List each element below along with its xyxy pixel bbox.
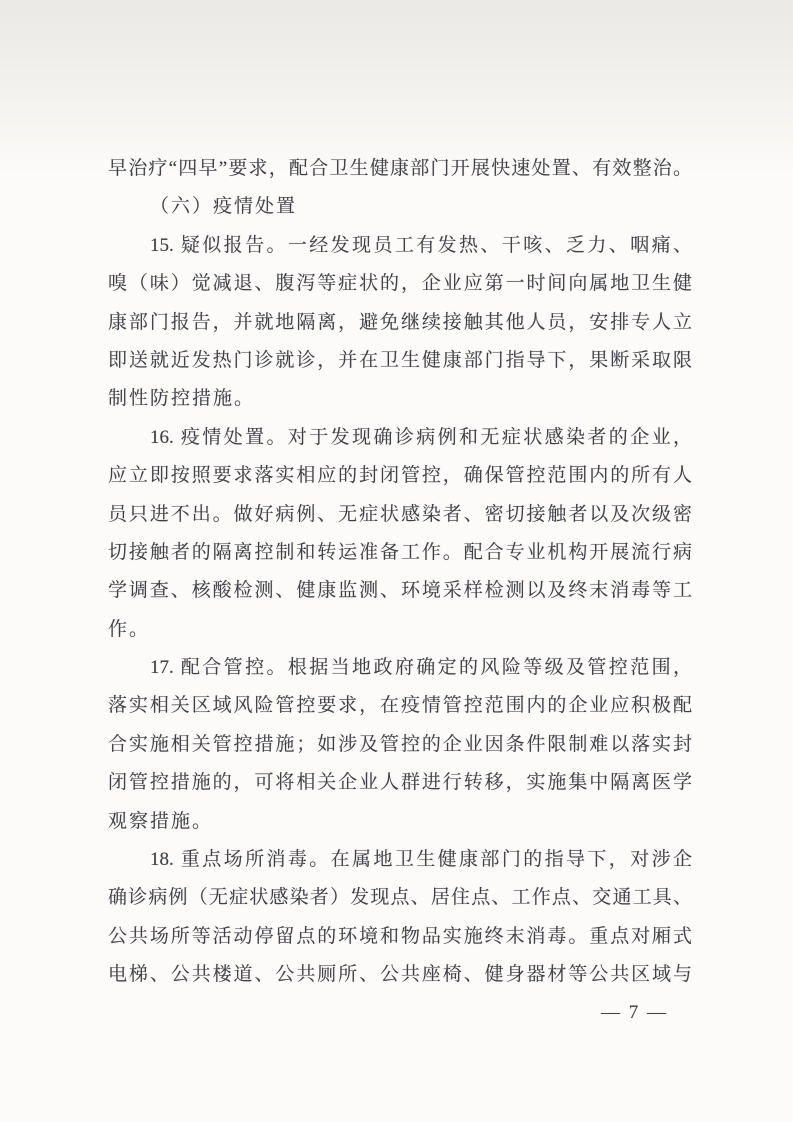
text-line: 制性防控措施。 [108, 380, 692, 418]
text-line-item-18-start: 18. 重点场所消毒。在属地卫生健康部门的指导下，对涉企 [108, 841, 692, 879]
text-line: 电梯、公共楼道、公共厕所、公共座椅、健身器材等公共区域与 [108, 956, 692, 994]
text-line-item-15-start: 15. 疑似报告。一经发现员工有发热、干咳、乏力、咽痛、 [108, 227, 692, 265]
text-line: 切接触者的隔离控制和转运准备工作。配合专业机构开展流行病 [108, 534, 692, 572]
text-line: 应立即按照要求落实相应的封闭管控，确保管控范围内的所有人 [108, 457, 692, 495]
document-body: 早治疗“四早”要求，配合卫生健康部门开展快速处置、有效整治。 （六）疫情处置 1… [108, 150, 692, 995]
section-heading: （六）疫情处置 [108, 188, 692, 226]
text-line: 公共场所等活动停留点的环境和物品实施终末消毒。重点对厢式 [108, 918, 692, 956]
scan-shading-artifact [0, 0, 793, 175]
text-line: 落实相关区域风险管控要求，在疫情管控范围内的企业应积极配 [108, 687, 692, 725]
text-line: 合实施相关管控措施；如涉及管控的企业因条件限制难以落实封 [108, 726, 692, 764]
text-line: 闭管控措施的，可将相关企业人群进行转移，实施集中隔离医学 [108, 764, 692, 802]
text-line-item-16-start: 16. 疫情处置。对于发现确诊病例和无症状感染者的企业， [108, 419, 692, 457]
page-number: — 7 — [601, 999, 668, 1027]
text-line: 嗅（味）觉减退、腹泻等症状的，企业应第一时间向属地卫生健 [108, 265, 692, 303]
document-page: 早治疗“四早”要求，配合卫生健康部门开展快速处置、有效整治。 （六）疫情处置 1… [0, 0, 793, 1122]
text-line: 观察措施。 [108, 803, 692, 841]
text-line: 确诊病例（无症状感染者）发现点、居住点、工作点、交通工具、 [108, 879, 692, 917]
text-line: 学调查、核酸检测、健康监测、环境采样检测以及终末消毒等工 [108, 572, 692, 610]
text-line: 员只进不出。做好病例、无症状感染者、密切接触者以及次级密 [108, 496, 692, 534]
text-line: 康部门报告，并就地隔离，避免继续接触其他人员，安排专人立 [108, 304, 692, 342]
text-line: 即送就近发热门诊就诊，并在卫生健康部门指导下，果断采取限 [108, 342, 692, 380]
text-line-item-17-start: 17. 配合管控。根据当地政府确定的风险等级及管控范围， [108, 649, 692, 687]
text-line: 早治疗“四早”要求，配合卫生健康部门开展快速处置、有效整治。 [108, 150, 692, 188]
text-line: 作。 [108, 611, 692, 649]
